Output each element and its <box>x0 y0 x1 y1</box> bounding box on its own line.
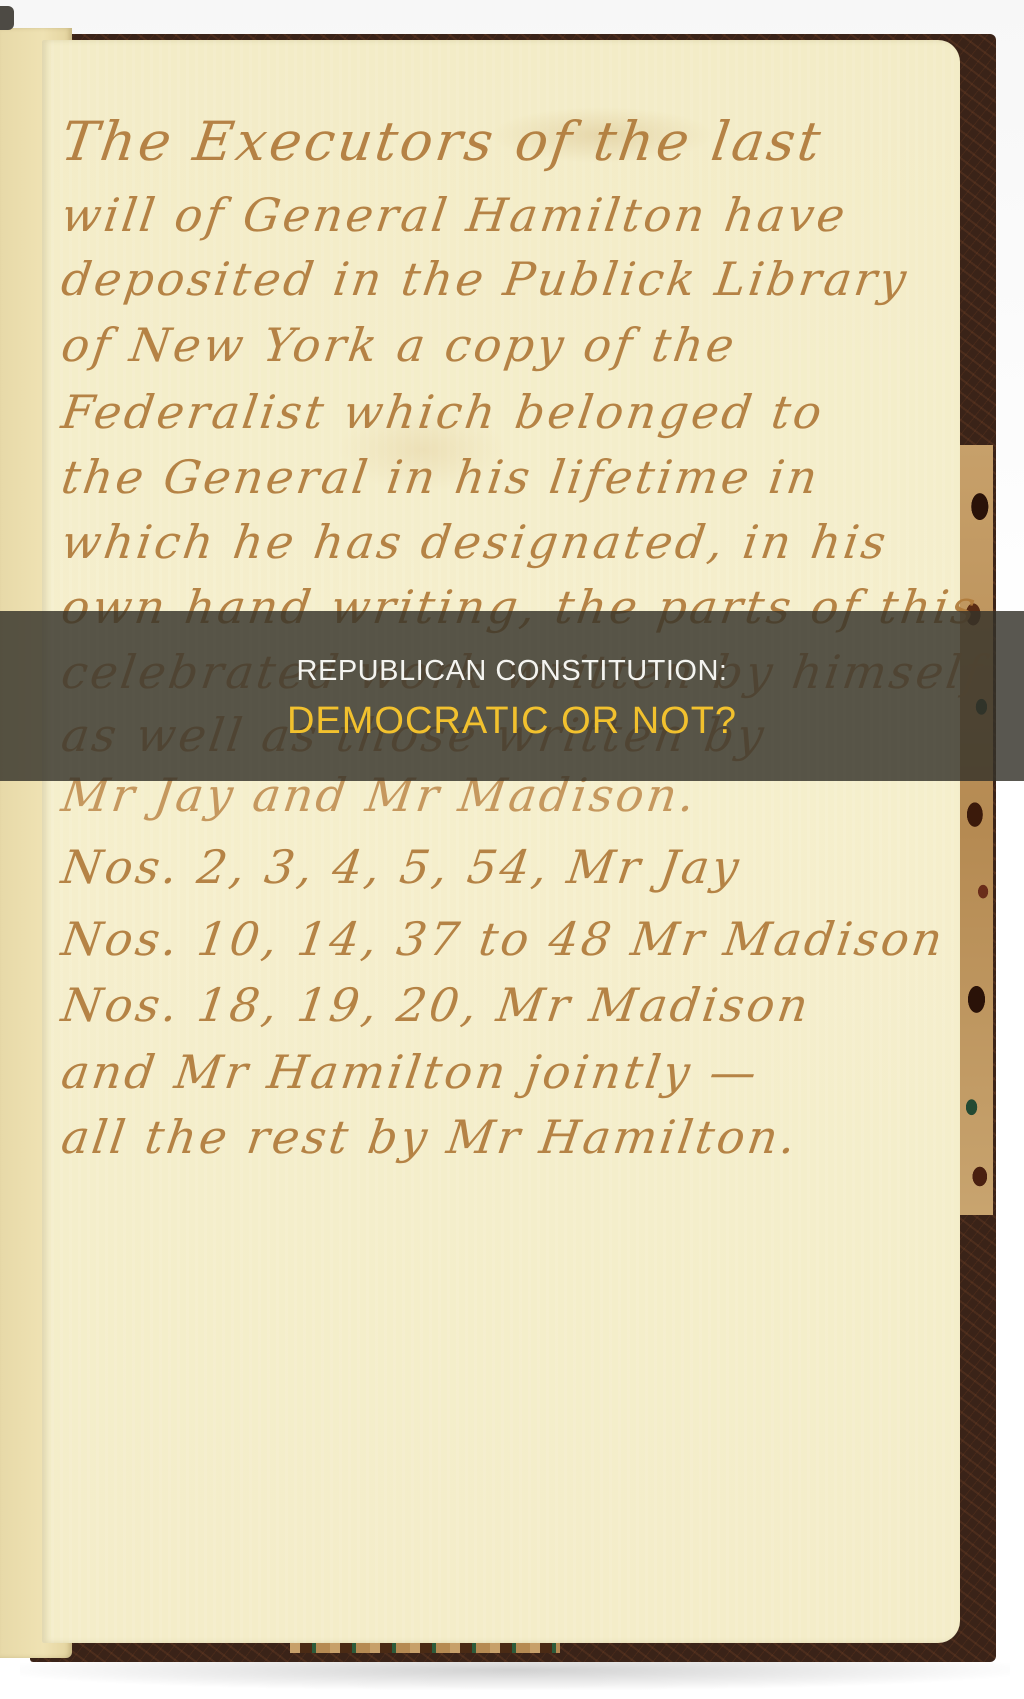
manuscript-line: Nos. 2, 3, 4, 5, 54, Mr Jay <box>58 840 944 894</box>
manuscript-line: Nos. 18, 19, 20, Mr Madison <box>58 978 944 1032</box>
manuscript-page: The Executors of the last will of Genera… <box>42 40 960 1643</box>
banner-title: REPUBLICAN CONSTITUTION: <box>297 657 728 686</box>
marbled-fore-edge <box>960 445 993 1215</box>
manuscript-line: will of General Hamilton have <box>58 188 944 242</box>
binding-knob <box>0 6 14 30</box>
title-banner: REPUBLICAN CONSTITUTION: DEMOCRATIC OR N… <box>0 611 1024 781</box>
marbled-bottom-edge <box>290 1643 560 1653</box>
manuscript-line: Nos. 10, 14, 37 to 48 Mr Madison <box>58 912 944 966</box>
manuscript-line: the General in his lifetime in <box>58 450 944 504</box>
manuscript-line: of New York a copy of the <box>58 318 944 372</box>
manuscript-line: and Mr Hamilton jointly — <box>58 1045 944 1099</box>
manuscript-line: which he has designated, in his <box>58 515 944 569</box>
manuscript-line: Federalist which belonged to <box>58 385 944 439</box>
banner-subtitle: DEMOCRATIC OR NOT? <box>287 702 737 740</box>
manuscript-line: The Executors of the last <box>58 110 945 173</box>
manuscript-line: all the rest by Mr Hamilton. <box>58 1110 944 1164</box>
manuscript-line: deposited in the Publick Library <box>58 252 944 306</box>
